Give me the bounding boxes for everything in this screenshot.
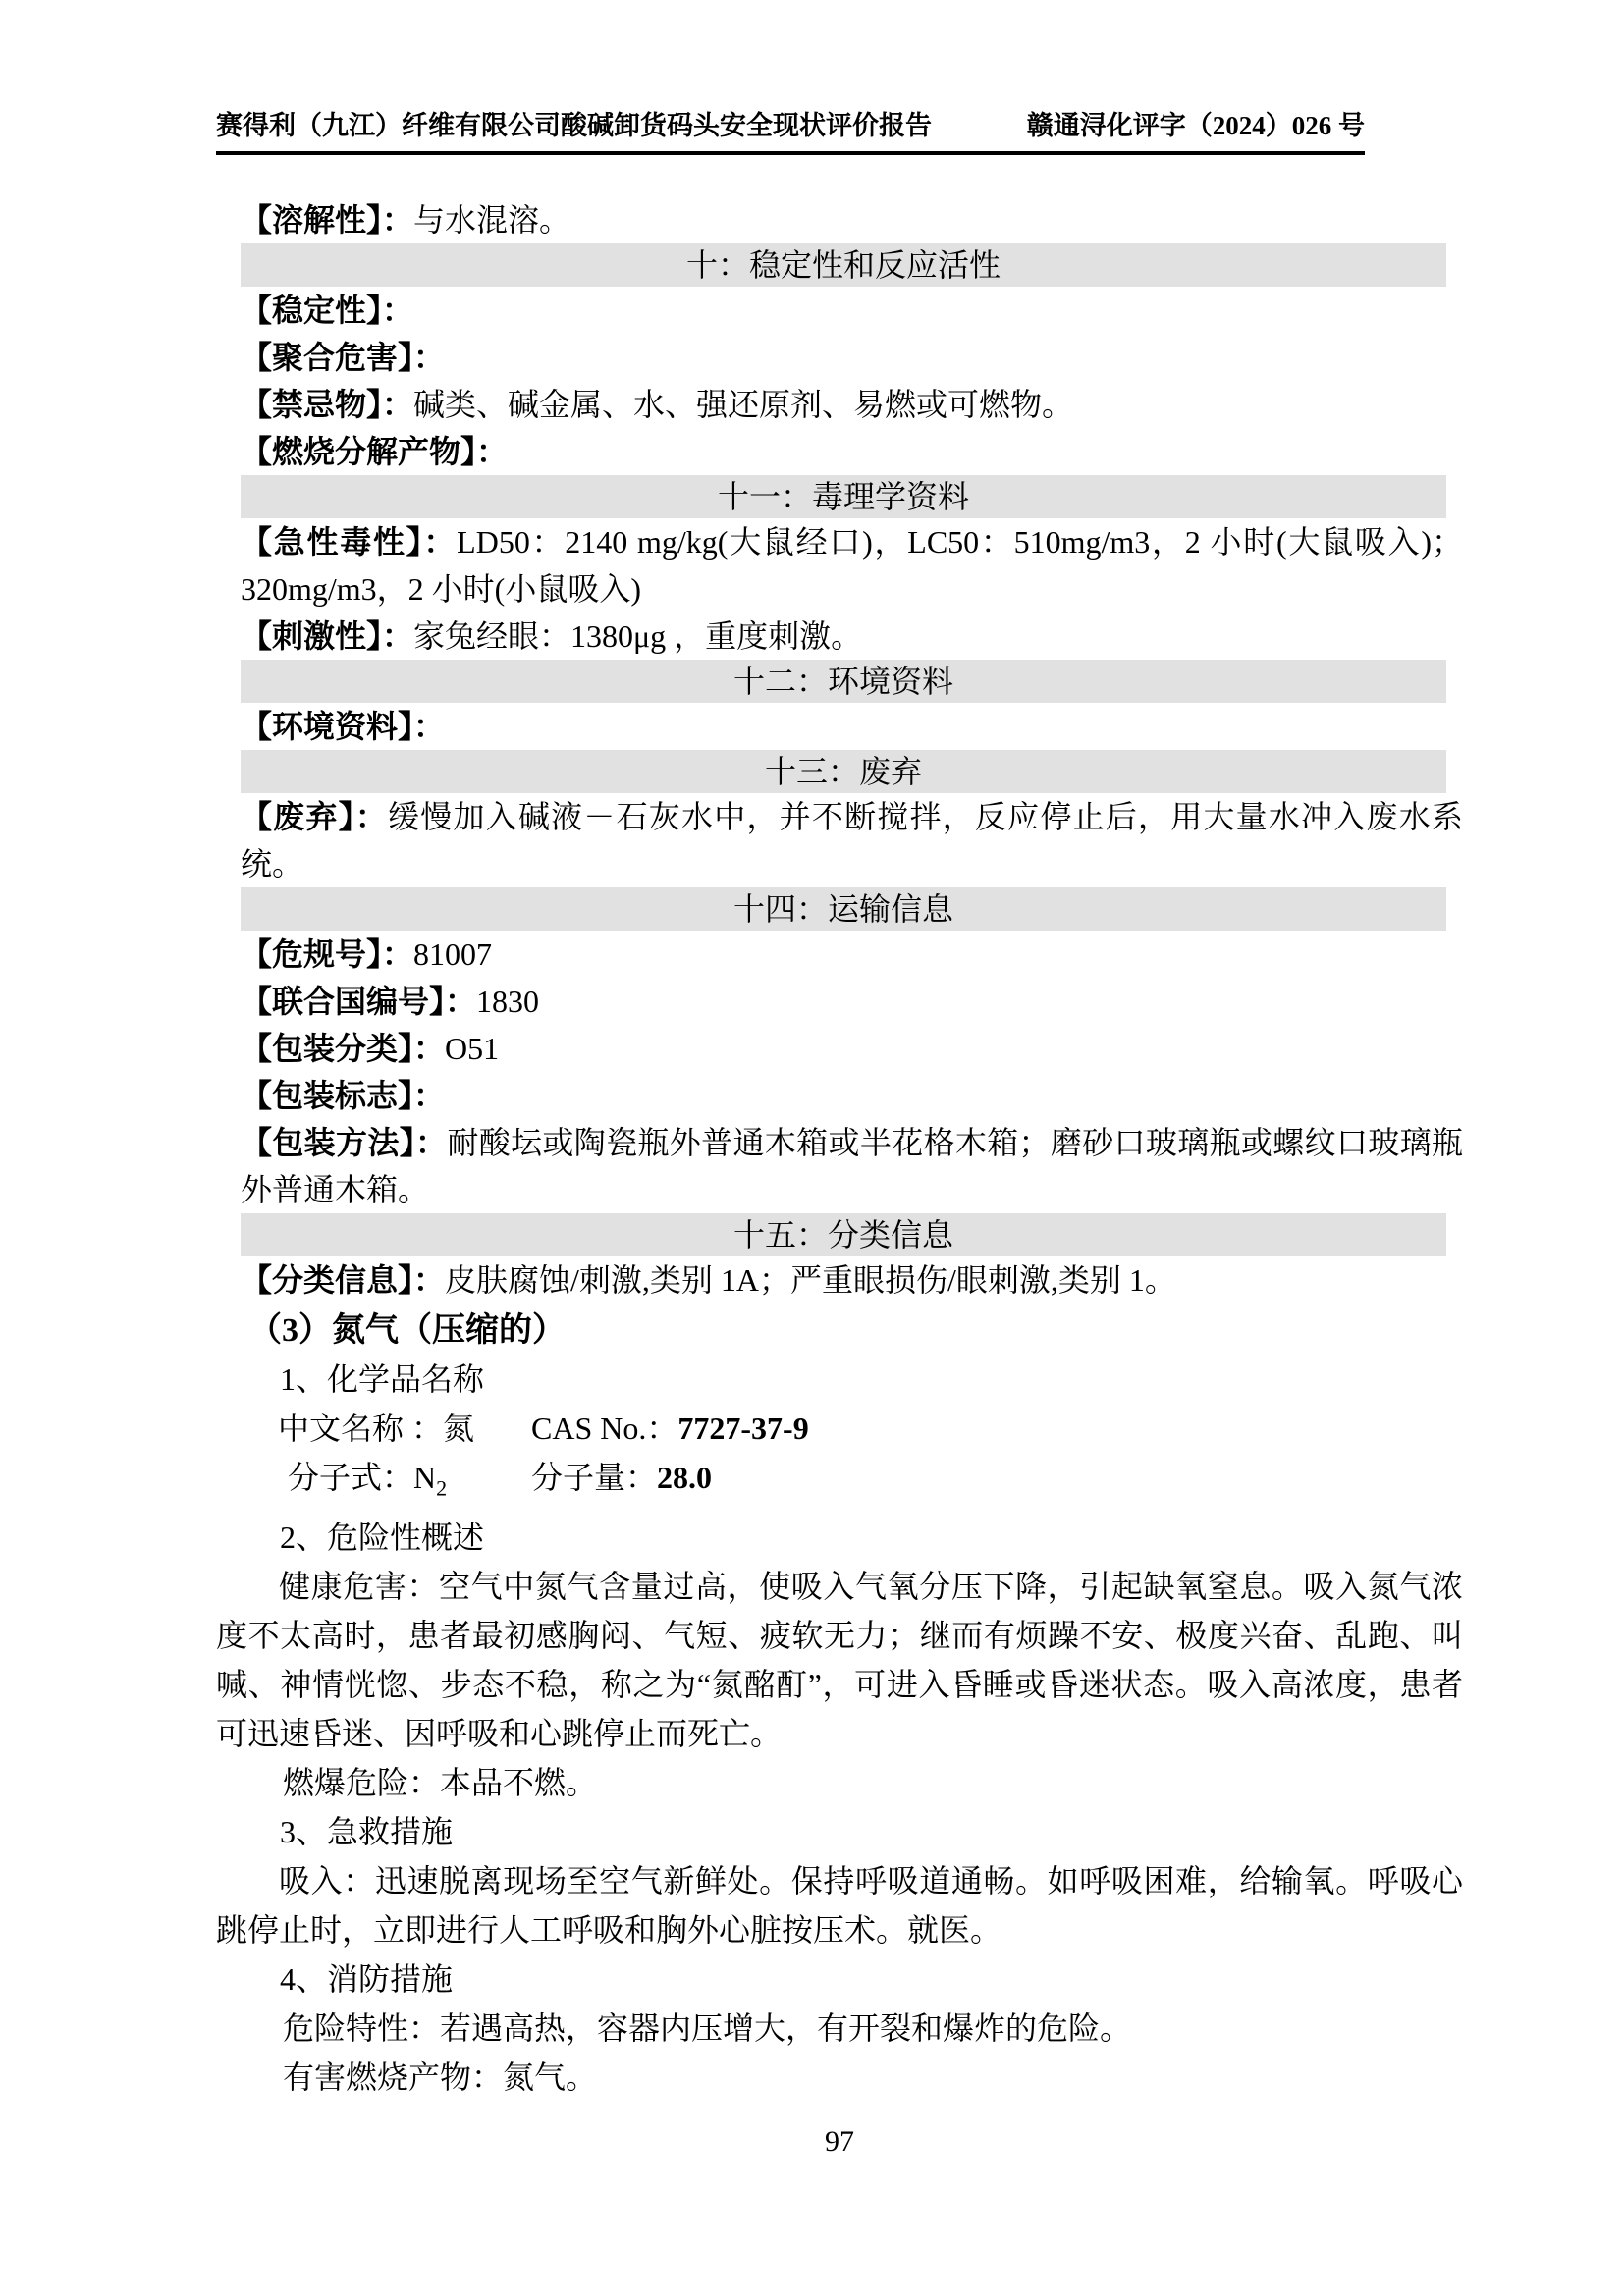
- section-bar-environment: 十二：环境资料: [241, 660, 1446, 703]
- field-label: 【废弃】：: [241, 799, 388, 834]
- field-label: 【刺激性】：: [241, 618, 413, 654]
- field-value: O51: [445, 1031, 499, 1066]
- msds-field-polymerization: 【聚合危害】：: [216, 334, 1463, 381]
- report-page: 赛得利（九江）纤维有限公司酸碱卸货码头安全现状评价报告 赣通浔化评字（2024）…: [0, 0, 1624, 2296]
- msds-field-environment: 【环境资料】：: [216, 703, 1463, 750]
- page-header: 赛得利（九江）纤维有限公司酸碱卸货码头安全现状评价报告 赣通浔化评字（2024）…: [216, 104, 1365, 155]
- field-value: 缓慢加入碱液－石灰水中，并不断搅拌，反应停止后，用大量水冲入废水系统。: [241, 799, 1463, 881]
- header-report-title: 赛得利（九江）纤维有限公司酸碱卸货码头安全现状评价报告: [216, 104, 932, 142]
- field-label: 【危规号】：: [241, 936, 413, 972]
- sub-title-fire-fighting: 4、消防措施: [216, 1954, 1463, 2003]
- cas-number: CAS No.：7727-37-9: [531, 1404, 809, 1453]
- field-value: 81007: [413, 936, 492, 972]
- header-doc-number: 赣通浔化评字（2024）026 号: [1027, 104, 1365, 142]
- field-label: 【环境资料】：: [241, 709, 445, 744]
- sub-title-hazard-overview: 2、危险性概述: [216, 1513, 1463, 1562]
- field-label: 【联合国编号】：: [241, 984, 476, 1019]
- msds-field-packing-class: 【包装分类】：O51: [216, 1025, 1463, 1072]
- molecular-formula: 分子式：N2: [288, 1453, 523, 1513]
- field-label: 【包装分类】：: [241, 1031, 445, 1066]
- section-bar-transport: 十四：运输信息: [241, 887, 1446, 931]
- page-number: 97: [216, 2118, 1463, 2165]
- formula-weight-row: 分子式：N2 分子量：28.0: [216, 1453, 1463, 1513]
- field-label: 【聚合危害】：: [241, 340, 445, 375]
- nitrogen-heading: （3）氮气（压缩的）: [216, 1308, 1463, 1355]
- field-value: 家兔经眼：1380μg ，重度刺激。: [413, 618, 862, 654]
- name-cas-row: 中文名称 ：氮 CAS No.：7727-37-9: [216, 1404, 1463, 1453]
- msds-field-irritation: 【刺激性】：家兔经眼：1380μg ，重度刺激。: [216, 613, 1463, 660]
- field-value: 与水混溶。: [413, 202, 570, 238]
- msds-field-incompatibles: 【禁忌物】：碱类、碱金属、水、强还原剂、易燃或可燃物。: [216, 381, 1463, 428]
- msds-table: 【溶解性】：与水混溶。 十：稳定性和反应活性 【稳定性】： 【聚合危害】： 【禁…: [216, 196, 1463, 1304]
- msds-field-solubility: 【溶解性】：与水混溶。: [216, 196, 1463, 243]
- field-label: 【禁忌物】：: [241, 387, 413, 422]
- field-value: 1830: [476, 984, 539, 1019]
- msds-field-un-number: 【联合国编号】：1830: [216, 978, 1463, 1025]
- field-value: 皮肤腐蚀/刺激,类别 1A；严重眼损伤/眼刺激,类别 1。: [445, 1262, 1176, 1298]
- section-bar-disposal: 十三：废弃: [241, 750, 1446, 793]
- hazard-characteristics-line: 危险特性：若遇高热，容器内压增大，有开裂和爆炸的危险。: [216, 2003, 1463, 2053]
- field-label: 【溶解性】：: [241, 202, 413, 238]
- msds-field-classification: 【分类信息】：皮肤腐蚀/刺激,类别 1A；严重眼损伤/眼刺激,类别 1。: [216, 1256, 1463, 1304]
- nitrogen-section: （3）氮气（压缩的） 1、化学品名称 中文名称 ：氮 CAS No.：7727-…: [216, 1308, 1463, 2102]
- field-label: 【稳定性】：: [241, 293, 413, 328]
- sub-title-chemical-name: 1、化学品名称: [216, 1355, 1463, 1404]
- field-label: 【燃烧分解产物】：: [241, 434, 508, 469]
- section-bar-classification: 十五：分类信息: [241, 1213, 1446, 1256]
- msds-field-decomposition: 【燃烧分解产物】：: [216, 428, 1463, 475]
- section-bar-stability: 十：稳定性和反应活性: [241, 243, 1446, 287]
- field-label: 【分类信息】：: [241, 1262, 445, 1298]
- field-label: 【包装方法】：: [241, 1125, 447, 1160]
- molecular-weight: 分子量：28.0: [531, 1453, 712, 1502]
- field-label: 【急性毒性】：: [241, 524, 457, 560]
- section-bar-toxicology: 十一：毒理学资料: [241, 475, 1446, 518]
- msds-field-acute-toxicity: 【急性毒性】：LD50：2140 mg/kg(大鼠经口)，LC50：510mg/…: [216, 518, 1463, 613]
- field-label: 【包装标志】：: [241, 1078, 445, 1113]
- msds-field-disposal: 【废弃】：缓慢加入碱液－石灰水中，并不断搅拌，反应停止后，用大量水冲入废水系统。: [216, 793, 1463, 887]
- msds-field-stability: 【稳定性】：: [216, 287, 1463, 334]
- first-aid-paragraph: 吸入：迅速脱离现场至空气新鲜处。保持呼吸道通畅。如呼吸困难，给输氧。呼吸心跳停止…: [216, 1856, 1463, 1954]
- field-value: 碱类、碱金属、水、强还原剂、易燃或可燃物。: [413, 387, 1073, 422]
- msds-field-packing-mark: 【包装标志】：: [216, 1072, 1463, 1119]
- health-hazard-paragraph: 健康危害：空气中氮气含量过高，使吸入气氧分压下降，引起缺氧窒息。吸入氮气浓度不太…: [216, 1562, 1463, 1758]
- fire-hazard-line: 燃爆危险：本品不燃。: [216, 1758, 1463, 1807]
- sub-title-first-aid: 3、急救措施: [216, 1807, 1463, 1856]
- chinese-name: 中文名称 ：氮: [278, 1404, 523, 1453]
- harmful-combustion-line: 有害燃烧产物：氮气。: [216, 2053, 1463, 2102]
- msds-field-hazard-code: 【危规号】：81007: [216, 931, 1463, 978]
- msds-field-packing-method: 【包装方法】：耐酸坛或陶瓷瓶外普通木箱或半花格木箱；磨砂口玻璃瓶或螺纹口玻璃瓶外…: [216, 1119, 1463, 1213]
